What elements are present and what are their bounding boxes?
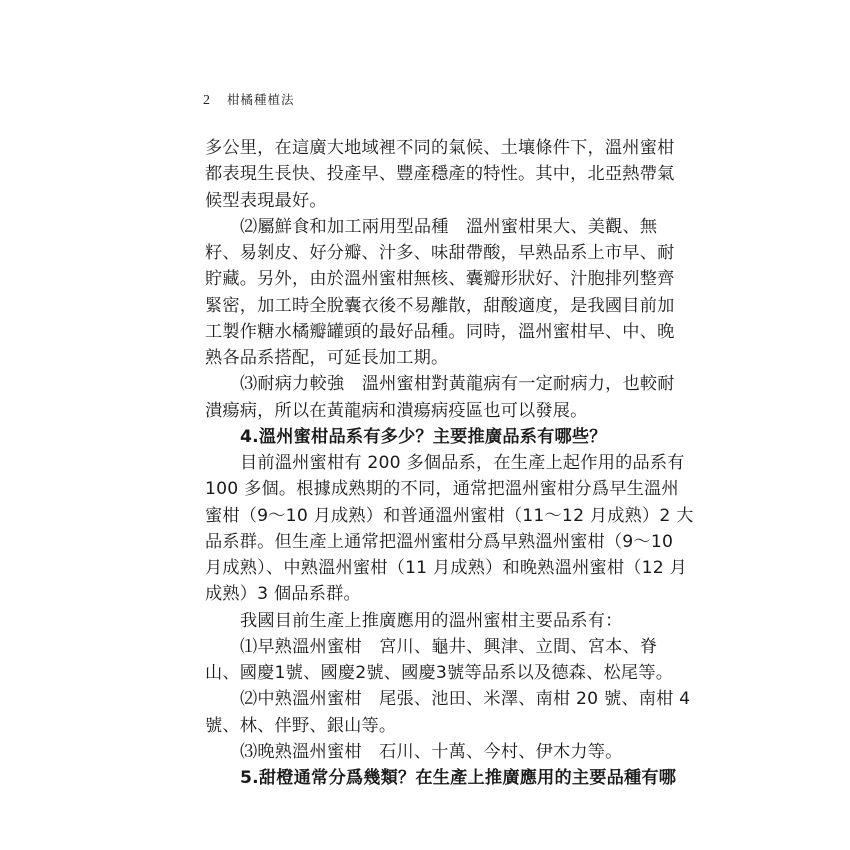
text-line: ⑶晚熟溫州蜜柑 石川、十萬、今村、伊木力等。: [205, 739, 657, 765]
text-line: 號、林、伴野、銀山等。: [205, 713, 657, 739]
page-number: 2: [203, 92, 227, 110]
text-line: 100 多個。根據成熟期的不同，通常把溫州蜜柑分爲早生溫州: [205, 476, 657, 502]
text-line: 目前溫州蜜柑有 200 多個品系，在生產上起作用的品系有: [205, 450, 657, 476]
text-line: 候型表現最好。: [205, 188, 657, 214]
body-text: 多公里，在這廣大地域裡不同的氣候、土壤條件下，溫州蜜柑 都表現生長快、投產早、豐…: [205, 135, 657, 791]
text-line: ⑴早熟溫州蜜柑 宮川、龜井、興津、立間、宮本、脊: [205, 634, 657, 660]
book-title: 柑橘種植法: [227, 92, 295, 107]
text-line: 都表現生長快、投產早、豐產穩產的特性。其中，北亞熱帶氣: [205, 161, 657, 187]
section-heading-4: 4.溫州蜜柑品系有多少？主要推廣品系有哪些？: [205, 424, 657, 450]
text-line: 籽、易剝皮、好分瓣、汁多、味甜帶酸，早熟品系上市早、耐: [205, 240, 657, 266]
text-line: 山、國慶1號、國慶2號、國慶3號等品系以及德森、松尾等。: [205, 660, 657, 686]
text-line: 蜜柑（9～10 月成熟）和普通溫州蜜柑（11～12 月成熟）2 大: [205, 503, 657, 529]
text-line: 潰瘍病，所以在黃龍病和潰瘍病疫區也可以發展。: [205, 398, 657, 424]
text-line: 緊密，加工時全脫囊衣後不易離散，甜酸適度，是我國目前加: [205, 293, 657, 319]
text-line: 工製作糖水橘瓣罐頭的最好品種。同時，溫州蜜柑早、中、晚: [205, 319, 657, 345]
running-header: 2柑橘種植法: [203, 91, 295, 110]
text-line: 熟各品系搭配，可延長加工期。: [205, 345, 657, 371]
text-line: 品系群。但生產上通常把溫州蜜柑分爲早熟溫州蜜柑（9～10: [205, 529, 657, 555]
text-line: ⑵中熟溫州蜜柑 尾張、池田、米澤、南柑 20 號、南柑 4: [205, 686, 657, 712]
text-line: 月成熟）、中熟溫州蜜柑（11 月成熟）和晚熟溫州蜜柑（12 月: [205, 555, 657, 581]
text-line: 貯藏。另外，由於溫州蜜柑無核、囊瓣形狀好、汁胞排列整齊: [205, 266, 657, 292]
text-line: 成熟）3 個品系群。: [205, 581, 657, 607]
book-page: 2柑橘種植法 多公里，在這廣大地域裡不同的氣候、土壤條件下，溫州蜜柑 都表現生長…: [0, 0, 850, 850]
section-heading-5: 5.甜橙通常分爲幾類？在生產上推廣應用的主要品種有哪: [205, 765, 657, 791]
text-line: ⑵屬鮮食和加工兩用型品種 溫州蜜柑果大、美觀、無: [205, 214, 657, 240]
text-line: 多公里，在這廣大地域裡不同的氣候、土壤條件下，溫州蜜柑: [205, 135, 657, 161]
text-line: 我國目前生產上推廣應用的溫州蜜柑主要品系有：: [205, 608, 657, 634]
text-line: ⑶耐病力較強 溫州蜜柑對黃龍病有一定耐病力，也較耐: [205, 371, 657, 397]
